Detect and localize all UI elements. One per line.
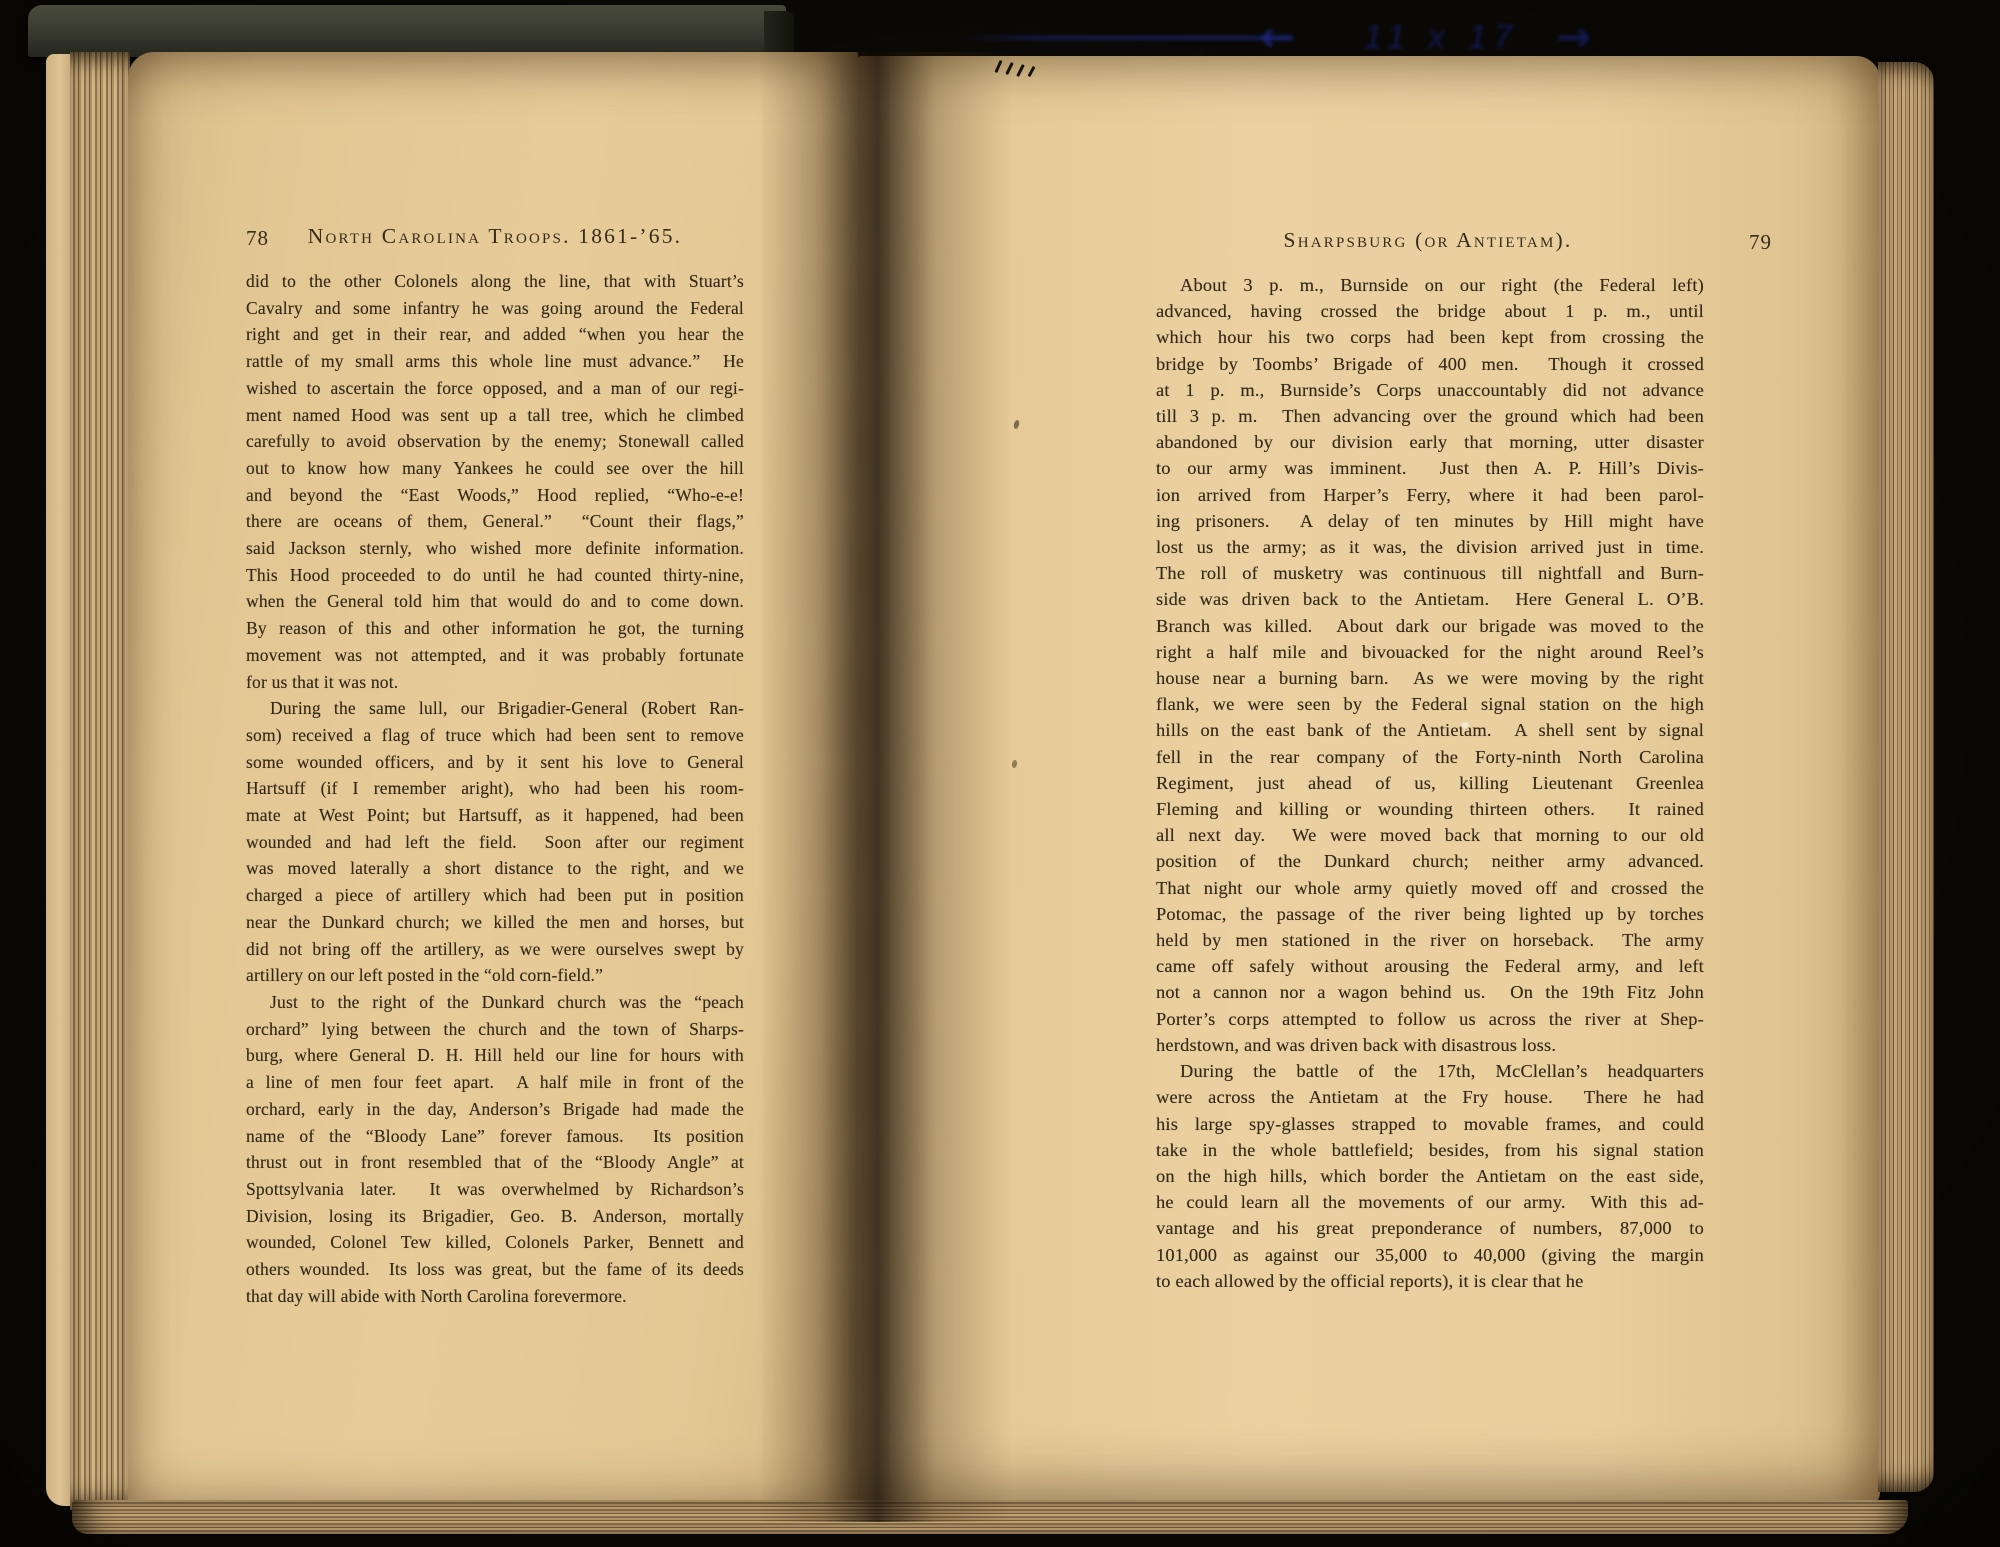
text-line: at 1 p. m., Burnside’s Corps unaccountab… — [1156, 377, 1704, 403]
text-line: side was driven back to the Antietam. He… — [1156, 586, 1704, 612]
text-line: Cavalry and some infantry he was going a… — [246, 295, 744, 322]
text-line: near the Dunkard church; we killed the m… — [246, 909, 744, 936]
text-line: carefully to avoid observation by the en… — [246, 428, 744, 455]
book-cover-top-edge — [28, 5, 786, 57]
text-line: take in the whole battlefield; besides, … — [1156, 1137, 1704, 1163]
running-head-right: Sharpsburg (or Antietam). 79 — [1156, 228, 1772, 260]
paragraph: About 3 p. m., Burnside on our right (th… — [1156, 272, 1704, 1058]
text-line: mate at West Point; but Hartsuff, as it … — [246, 802, 744, 829]
text-line: on the high hills, which border the Anti… — [1156, 1163, 1704, 1189]
text-line: Fleming and killing or wounding thirteen… — [1156, 796, 1704, 822]
right-arrow-icon: → — [1556, 12, 1591, 61]
text-line: name of the “Bloody Lane” forever famous… — [246, 1123, 744, 1150]
text-line: vantage and his great preponderance of n… — [1156, 1215, 1704, 1241]
text-line: The roll of musketry was continuous till… — [1156, 560, 1704, 586]
text-line: were across the Antietam at the Fry hous… — [1156, 1084, 1704, 1110]
text-line: hills on the east bank of the Antietam. … — [1156, 717, 1704, 743]
text-line: which hour his two corps had been kept f… — [1156, 324, 1704, 350]
text-line: artillery on our left posted in the “old… — [246, 962, 744, 989]
text-line: rattle of my small arms this whole line … — [246, 348, 744, 375]
text-line: house near a burning barn. As we were mo… — [1156, 665, 1704, 691]
text-line: wished to ascertain the force opposed, a… — [246, 375, 744, 402]
text-line: right and get in their rear, and added “… — [246, 321, 744, 348]
text-line: Branch was killed. About dark our brigad… — [1156, 613, 1704, 639]
text-line: That night our whole army quietly moved … — [1156, 875, 1704, 901]
text-line: a line of men four feet apart. A half mi… — [246, 1069, 744, 1096]
text-line: he could learn all the movements of our … — [1156, 1189, 1704, 1215]
text-line: out to know how many Yankees he could se… — [246, 455, 744, 482]
text-line: held by men stationed in the river on ho… — [1156, 927, 1704, 953]
text-line: to each allowed by the official reports)… — [1156, 1268, 1704, 1294]
text-line: ing prisoners. A delay of ten minutes by… — [1156, 508, 1704, 534]
text-line: when the General told him that would do … — [246, 588, 744, 615]
text-line: Regiment, just ahead of us, killing Lieu… — [1156, 770, 1704, 796]
text-line: burg, where General D. H. Hill held our … — [246, 1042, 744, 1069]
text-line: orchard” lying between the church and th… — [246, 1016, 744, 1043]
left-page-text: did to the other Colonels along the line… — [246, 268, 744, 1309]
text-line: Just to the right of the Dunkard church … — [246, 989, 744, 1016]
text-line: Spottsylvania later. It was overwhelmed … — [246, 1176, 744, 1203]
text-line: During the battle of the 17th, McClellan… — [1156, 1058, 1704, 1084]
text-line: for us that it was not. — [246, 669, 744, 696]
text-line: to our army was imminent. Just then A. P… — [1156, 455, 1704, 481]
text-line: all next day. We were moved back that mo… — [1156, 822, 1704, 848]
text-line: ment named Hood was sent up a tall tree,… — [246, 402, 744, 429]
text-line: till 3 p. m. Then advancing over the gro… — [1156, 403, 1704, 429]
page-edge-sliver-left — [46, 54, 72, 1506]
text-line: his large spy-glasses strapped to movabl… — [1156, 1111, 1704, 1137]
right-page-text: About 3 p. m., Burnside on our right (th… — [1156, 272, 1704, 1294]
text-line: wounded and had left the field. Soon aft… — [246, 829, 744, 856]
text-line: fell in the rear company of the Forty-ni… — [1156, 744, 1704, 770]
text-line: charged a piece of artillery which had b… — [246, 882, 744, 909]
paragraph: Just to the right of the Dunkard church … — [246, 989, 744, 1309]
running-head-left: 78 North Carolina Troops. 1861-’65. — [246, 224, 744, 256]
text-line: bridge by Toombs’ Brigade of 400 men. Th… — [1156, 351, 1704, 377]
text-line: right a half mile and bivouacked for the… — [1156, 639, 1704, 665]
text-line: that day will abide with North Carolina … — [246, 1283, 744, 1310]
paragraph: did to the other Colonels along the line… — [246, 268, 744, 695]
text-line: som) received a flag of truce which had … — [246, 722, 744, 749]
text-line: ion arrived from Harper’s Ferry, where i… — [1156, 482, 1704, 508]
text-line: came off safely without arousing the Fed… — [1156, 953, 1704, 979]
text-line: movement was not attempted, and it was p… — [246, 642, 744, 669]
text-line: herdstown, and was driven back with disa… — [1156, 1032, 1704, 1058]
text-line: did to the other Colonels along the line… — [246, 268, 744, 295]
annotation-text: 11 x 17 — [1364, 18, 1519, 56]
paper-speck — [1461, 722, 1469, 729]
text-line: advanced, having crossed the bridge abou… — [1156, 298, 1704, 324]
text-line: did not bring off the artillery, as we w… — [246, 936, 744, 963]
text-line: abandoned by our division early that mor… — [1156, 429, 1704, 455]
text-line: orchard, early in the day, Anderson’s Br… — [246, 1096, 744, 1123]
page-edges-right — [1878, 62, 1934, 1492]
text-line: lost us the army; as it was, the divisio… — [1156, 534, 1704, 560]
running-header-right: Sharpsburg (or Antietam). — [1156, 228, 1700, 253]
text-line: wounded, Colonel Tew killed, Colonels Pa… — [246, 1229, 744, 1256]
text-line: During the same lull, our Brigadier-Gene… — [246, 695, 744, 722]
text-line: was moved laterally a short distance to … — [246, 855, 744, 882]
paragraph: During the same lull, our Brigadier-Gene… — [246, 695, 744, 989]
book-scan: ← 11 x 17 → 78 North Carolina Troops. 18… — [0, 0, 2000, 1547]
text-line: there are oceans of them, General.” “Cou… — [246, 508, 744, 535]
text-line: some wounded officers, and by it sent hi… — [246, 749, 744, 776]
text-line: Potomac, the passage of the river being … — [1156, 901, 1704, 927]
text-line: 101,000 as against our 35,000 to 40,000 … — [1156, 1242, 1704, 1268]
page-number-right: 79 — [1749, 230, 1772, 255]
text-line: said Jackson sternly, who wished more de… — [246, 535, 744, 562]
text-line: others wounded. Its loss was great, but … — [246, 1256, 744, 1283]
running-header-left: North Carolina Troops. 1861-’65. — [246, 224, 744, 249]
text-line: Division, losing its Brigadier, Geo. B. … — [246, 1203, 744, 1230]
page-edges-bottom — [72, 1500, 1908, 1534]
text-line: Hartsuff (if I remember aright), who had… — [246, 775, 744, 802]
text-line: thrust out in front resembled that of th… — [246, 1149, 744, 1176]
text-line: Porter’s corps attempted to follow us ac… — [1156, 1006, 1704, 1032]
page-edges-left — [70, 52, 130, 1510]
text-line: By reason of this and other information … — [246, 615, 744, 642]
text-line: and beyond the “East Woods,” Hood replie… — [246, 482, 744, 509]
text-line: This Hood proceeded to do until he had c… — [246, 562, 744, 589]
text-line: flank, we were seen by the Federal signa… — [1156, 691, 1704, 717]
left-arrow-icon: ← — [1260, 12, 1295, 61]
annotation-line — [960, 36, 1268, 40]
text-line: not a cannon nor a wagon behind us. On t… — [1156, 979, 1704, 1005]
paragraph: During the battle of the 17th, McClellan… — [1156, 1058, 1704, 1294]
text-line: About 3 p. m., Burnside on our right (th… — [1156, 272, 1704, 298]
text-line: position of the Dunkard church; neither … — [1156, 848, 1704, 874]
